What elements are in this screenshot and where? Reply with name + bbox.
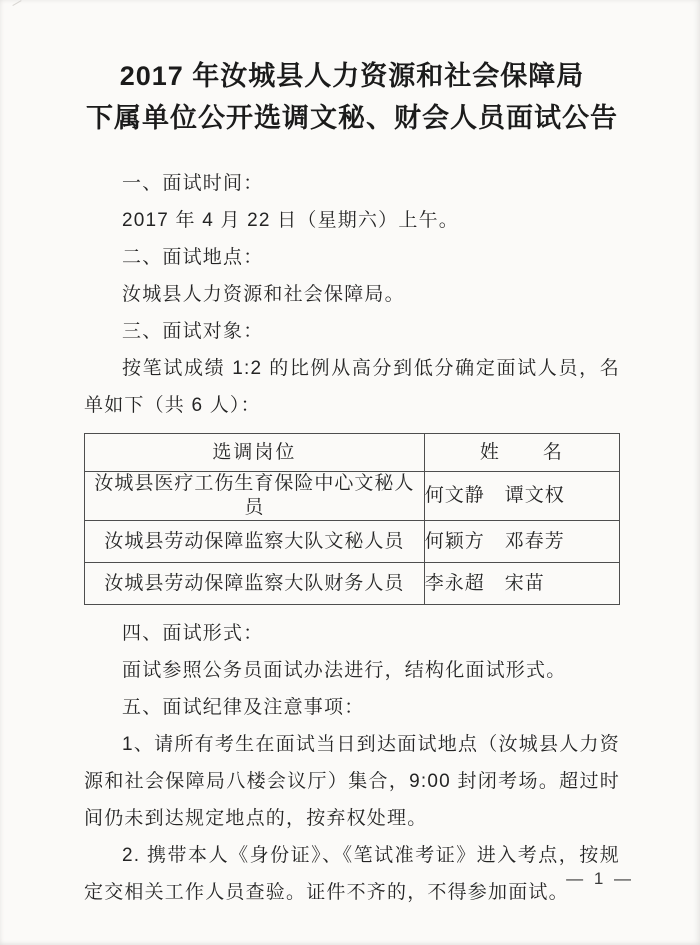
table-cell-names-2: 何颖方 邓春芳 [424,521,619,563]
section-2-heading: 二、面试地点： [84,239,620,276]
section-3-paragraph: 按笔试成绩 1:2 的比例从高分到低分确定面试人员，名单如下（共 6 人）： [84,350,620,424]
section-1-paragraph: 2017 年 4 月 22 日（星期六）上午。 [84,202,620,239]
table-row: 汝城县医疗工伤生育保险中心文秘人员 何文静 谭文权 [85,472,620,521]
document-body: 一、面试时间： 2017 年 4 月 22 日（星期六）上午。 二、面试地点： … [84,165,620,911]
table-cell-position-2: 汝城县劳动保障监察大队文秘人员 [85,521,425,563]
table-cell-position-3: 汝城县劳动保障监察大队财务人员 [85,563,425,605]
section-5-paragraph-2: 2. 携带本人《身份证》、《笔试准考证》进入考点，按规定交相关工作人员查验。证件… [84,837,620,911]
table-header-name: 姓 名 [424,434,619,472]
document-title: 2017 年汝城县人力资源和社会保障局 下属单位公开选调文秘、财会人员面试公告 [84,55,620,139]
section-5-heading: 五、面试纪律及注意事项： [84,689,620,726]
table-cell-position-1: 汝城县医疗工伤生育保险中心文秘人员 [85,472,425,521]
scan-artifact-mark [12,0,25,13]
table-cell-names-1: 何文静 谭文权 [424,472,619,521]
table-row: 汝城县劳动保障监察大队财务人员 李永超 宋苗 [85,563,620,605]
document-title-line2: 下属单位公开选调文秘、财会人员面试公告 [84,97,620,139]
section-2-paragraph: 汝城县人力资源和社会保障局。 [84,276,620,313]
section-3-heading: 三、面试对象： [84,313,620,350]
table-cell-names-3: 李永超 宋苗 [424,563,619,605]
table-header-row: 选调岗位 姓 名 [85,434,620,472]
document-page: 2017 年汝城县人力资源和社会保障局 下属单位公开选调文秘、财会人员面试公告 … [0,0,700,945]
document-title-line1: 2017 年汝城县人力资源和社会保障局 [84,55,620,97]
section-5-paragraph-1: 1、请所有考生在面试当日到达面试地点（汝城县人力资源和社会保障局八楼会议厅）集合… [84,726,620,837]
candidates-table: 选调岗位 姓 名 汝城县医疗工伤生育保险中心文秘人员 何文静 谭文权 汝城县劳动… [84,433,620,605]
section-4-paragraph: 面试参照公务员面试办法进行，结构化面试形式。 [84,652,620,689]
section-4-heading: 四、面试形式： [84,615,620,652]
table-header-position: 选调岗位 [85,434,425,472]
section-1-heading: 一、面试时间： [84,165,620,202]
page-number: — 1 — [566,869,634,889]
table-row: 汝城县劳动保障监察大队文秘人员 何颖方 邓春芳 [85,521,620,563]
